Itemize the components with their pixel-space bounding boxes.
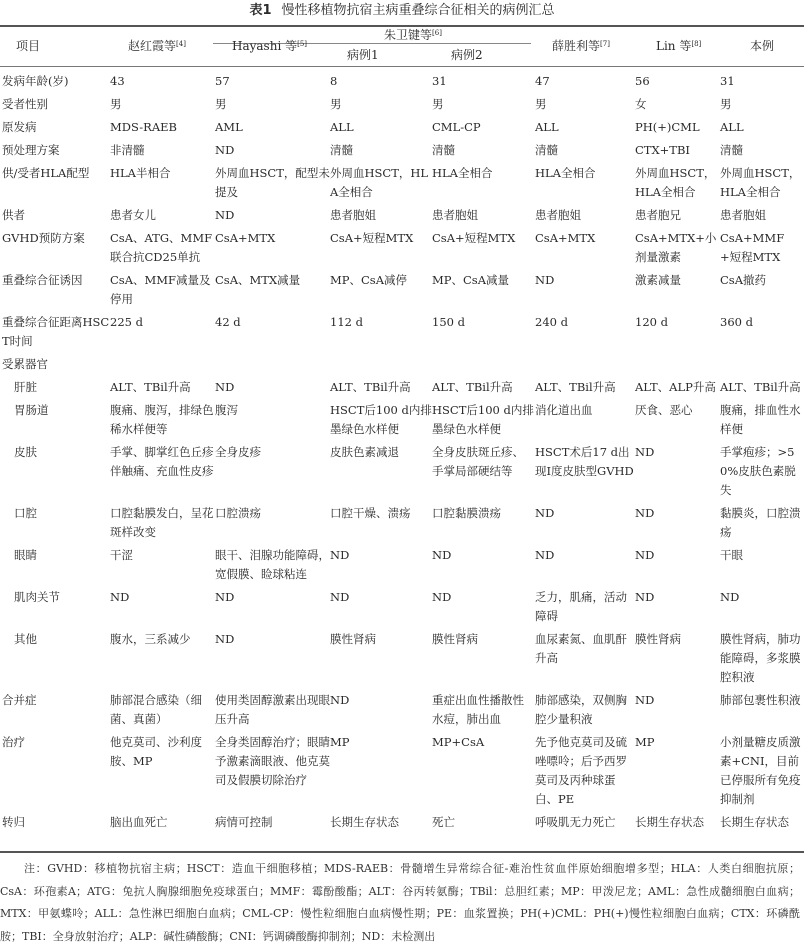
table-cell: 男 (535, 91, 635, 114)
study-name: Lin 等 (656, 39, 691, 53)
table-cell: ND (535, 500, 635, 542)
table-cell: 皮肤色素减退 (330, 439, 432, 500)
table-cell: 先予他克莫司及硫唑嘌呤；后予西罗莫司及丙种球蛋白、PE (535, 729, 635, 809)
table-cell: 56 (635, 68, 720, 91)
table-cell: 口腔溃疡 (215, 500, 330, 542)
table-cell: ND (330, 542, 432, 584)
header-study-hayashi: Hayashi 等[5] (232, 38, 307, 54)
row-label: 皮肤 (0, 439, 110, 500)
table-cell (330, 351, 432, 374)
table-cell: 360 d (720, 309, 804, 351)
table-cell: CsA撤药 (720, 267, 804, 309)
table-cell: 120 d (635, 309, 720, 351)
table-cell: 干眼 (720, 542, 804, 584)
table-cell: 清髓 (432, 137, 535, 160)
table-cell: 激素减量 (635, 267, 720, 309)
table-row: 肌肉关节NDNDNDND乏力，肌痛，活动障碍NDND (0, 584, 804, 626)
table-cell: 腹痛，排血性水样便 (720, 397, 804, 439)
table-cell: ND (635, 687, 720, 729)
table-cell: 肺部感染，双侧胸腔少量积液 (535, 687, 635, 729)
study-name: 薛胜利等 (552, 39, 600, 53)
table-cell: 31 (432, 68, 535, 91)
study-ref: [4] (176, 40, 186, 48)
table-cell: ND (215, 584, 330, 626)
row-label: 重叠综合征诱因 (0, 267, 110, 309)
table-cell: 长期生存状态 (330, 809, 432, 833)
table-row: 胃肠道腹痛、腹泻，排绿色稀水样便等腹泻HSCT后100 d内排墨绿色水样便HSC… (0, 397, 804, 439)
table-cell: ND (635, 439, 720, 500)
row-label: 发病年龄(岁) (0, 68, 110, 91)
table-cell: ALT、TBil升高 (432, 374, 535, 397)
table-cell: 脑出血死亡 (110, 809, 215, 833)
case-summary-table: 发病年龄(岁)4357831475631受者性别男男男男男女男原发病MDS-RA… (0, 68, 804, 833)
table-cell (110, 351, 215, 374)
table-cell: 43 (110, 68, 215, 91)
table-cell: ND (215, 626, 330, 687)
table-cell: 31 (720, 68, 804, 91)
row-label: 受者性别 (0, 91, 110, 114)
table-row: 其他腹水，三系减少ND膜性肾病膜性肾病血尿素氮、血肌酐升高膜性肾病膜性肾病，肺功… (0, 626, 804, 687)
row-label: 原发病 (0, 114, 110, 137)
table-cell: ALL (330, 114, 432, 137)
table-cell: 口腔黏膜发白，呈花斑样改变 (110, 500, 215, 542)
table-cell: ND (535, 267, 635, 309)
table-cell: 男 (330, 91, 432, 114)
table-cell: CsA、MTX减量 (215, 267, 330, 309)
table-cell: 肺部包裹性积液 (720, 687, 804, 729)
table-cell: ND (635, 542, 720, 584)
table-cell: CML-CP (432, 114, 535, 137)
table-cell: 肺部混合感染（细菌、真菌） (110, 687, 215, 729)
table-cell: 膜性肾病 (330, 626, 432, 687)
table-footnote: 注：GVHD：移植物抗宿主病；HSCT：造血干细胞移植；MDS-RAEB：骨髓增… (0, 858, 800, 948)
table-cell: ND (215, 374, 330, 397)
table-cell: 他克莫司、沙利度胺、MP (110, 729, 215, 809)
table-cell: CsA、MMF减量及停用 (110, 267, 215, 309)
study-ref: [6] (432, 29, 442, 37)
table-cell: ND (720, 584, 804, 626)
table-cell: CsA+短程MTX (330, 225, 432, 267)
row-label: 治疗 (0, 729, 110, 809)
table-cell: 膜性肾病，肺功能障碍，多浆膜腔积液 (720, 626, 804, 687)
table-row: 发病年龄(岁)4357831475631 (0, 68, 804, 91)
table-cell: 厌食、恶心 (635, 397, 720, 439)
study-name: 朱卫键等 (384, 28, 432, 42)
table-cell: HLA半相合 (110, 160, 215, 202)
table-cell: ALT、ALP升高 (635, 374, 720, 397)
table-cell: CsA+MTX (535, 225, 635, 267)
row-label: 眼睛 (0, 542, 110, 584)
table-body: 发病年龄(岁)4357831475631受者性别男男男男男女男原发病MDS-RA… (0, 68, 804, 833)
table-cell: 47 (535, 68, 635, 91)
table-cell: 男 (720, 91, 804, 114)
header-study-this-case: 本例 (750, 38, 774, 54)
table-cell: 225 d (110, 309, 215, 351)
table-cell: 全身类固醇治疗；眼睛予激素滴眼液、他克莫司及假膜切除治疗 (215, 729, 330, 809)
table-row: 皮肤手掌、脚掌红色丘疹伴触痛、充血性皮疹全身皮疹皮肤色素减退全身皮肤斑丘疹、手掌… (0, 439, 804, 500)
table-cell: 150 d (432, 309, 535, 351)
table-cell: CsA+MMF+短程MTX (720, 225, 804, 267)
table-cell: ND (635, 584, 720, 626)
table-cell: ND (215, 137, 330, 160)
header-sub-case2: 病例2 (451, 47, 483, 63)
table-cell: HLA全相合 (535, 160, 635, 202)
table-cell: CsA+短程MTX (432, 225, 535, 267)
table-cell: ALT、TBil升高 (720, 374, 804, 397)
table-row: 原发病MDS-RAEBAMLALLCML-CPALLPH(+)CMLALL (0, 114, 804, 137)
row-label: 肝脏 (0, 374, 110, 397)
header-item: 项目 (16, 38, 40, 54)
table-cell: 非清髓 (110, 137, 215, 160)
table-cell: ND (110, 584, 215, 626)
table-cell: 42 d (215, 309, 330, 351)
table-row: 合并症肺部混合感染（细菌、真菌）使用类固醇激素出现眼压升高ND重症出血性播散性水… (0, 687, 804, 729)
table-cell: 呼吸肌无力死亡 (535, 809, 635, 833)
table-cell: 血尿素氮、血肌酐升高 (535, 626, 635, 687)
table-cell: 使用类固醇激素出现眼压升高 (215, 687, 330, 729)
table-cell: ND (635, 500, 720, 542)
table-cell: 外周血HSCT，HLA全相合 (720, 160, 804, 202)
table-cell: 患者女儿 (110, 202, 215, 225)
table-row: 供/受者HLA配型HLA半相合外周血HSCT，配型未提及外周血HSCT，HLA全… (0, 160, 804, 202)
table-cell (635, 351, 720, 374)
table-cell: 眼干、泪腺功能障碍，宽假膜、睑球粘连 (215, 542, 330, 584)
table-cell: PH(+)CML (635, 114, 720, 137)
table-cell: CsA、ATG、MMF联合抗CD25单抗 (110, 225, 215, 267)
study-ref: [7] (600, 40, 610, 48)
table-title: 慢性移植物抗宿主病重叠综合征相关的病例汇总 (282, 3, 555, 18)
table-cell: ND (330, 687, 432, 729)
table-cell (535, 351, 635, 374)
table-row: 治疗他克莫司、沙利度胺、MP全身类固醇治疗；眼睛予激素滴眼液、他克莫司及假膜切除… (0, 729, 804, 809)
header-sub-case1: 病例1 (347, 47, 379, 63)
table-caption: 表1慢性移植物抗宿主病重叠综合征相关的病例汇总 (0, 2, 804, 20)
table-cell: 乏力，肌痛，活动障碍 (535, 584, 635, 626)
table-cell: 腹水，三系减少 (110, 626, 215, 687)
table-cell: 病情可控制 (215, 809, 330, 833)
table-cell: MDS-RAEB (110, 114, 215, 137)
table-cell: 男 (110, 91, 215, 114)
table-row: 口腔口腔黏膜发白，呈花斑样改变口腔溃疡口腔干燥、溃疡口腔黏膜溃疡NDND黏膜炎，… (0, 500, 804, 542)
table-row: 重叠综合征诱因CsA、MMF减量及停用CsA、MTX减量MP、CsA减停MP、C… (0, 267, 804, 309)
table-cell: 患者胞姐 (535, 202, 635, 225)
table-cell: 长期生存状态 (720, 809, 804, 833)
table-cell: 膜性肾病 (635, 626, 720, 687)
header-study-lin: Lin 等[8] (656, 38, 701, 54)
table-cell (432, 351, 535, 374)
table-cell: 女 (635, 91, 720, 114)
row-label: 受累器官 (0, 351, 110, 374)
table-cell: AML (215, 114, 330, 137)
header-study-xue: 薛胜利等[7] (552, 38, 610, 54)
study-name: Hayashi 等 (232, 39, 297, 53)
table-row: 转归脑出血死亡病情可控制长期生存状态死亡呼吸肌无力死亡长期生存状态长期生存状态 (0, 809, 804, 833)
table-cell: 外周血HSCT，HLA全相合 (330, 160, 432, 202)
header-study-zhu: 朱卫键等[6] (384, 27, 442, 43)
table-cell: ND (330, 584, 432, 626)
table-row: 供者患者女儿ND患者胞姐患者胞姐患者胞姐患者胞兄患者胞姐 (0, 202, 804, 225)
table-cell: 240 d (535, 309, 635, 351)
table-cell: 口腔黏膜溃疡 (432, 500, 535, 542)
table-cell: 男 (215, 91, 330, 114)
table-cell: 全身皮疹 (215, 439, 330, 500)
row-label: 供/受者HLA配型 (0, 160, 110, 202)
study-name: 赵红霞等 (128, 39, 176, 53)
table-cell: CsA+MTX+小剂量激素 (635, 225, 720, 267)
table-cell: 112 d (330, 309, 432, 351)
table-row: 重叠综合征距离HSCT时间225 d42 d112 d150 d240 d120… (0, 309, 804, 351)
table-cell: 消化道出血 (535, 397, 635, 439)
table-cell: 腹痛、腹泻，排绿色稀水样便等 (110, 397, 215, 439)
table-cell: ALT、TBil升高 (110, 374, 215, 397)
table-cell: MP、CsA减停 (330, 267, 432, 309)
table-cell: CTX+TBI (635, 137, 720, 160)
table-row: 眼睛干涩眼干、泪腺功能障碍，宽假膜、睑球粘连NDNDNDND干眼 (0, 542, 804, 584)
table-cell: ND (215, 202, 330, 225)
row-label: 供者 (0, 202, 110, 225)
table-cell: 死亡 (432, 809, 535, 833)
table-cell: 8 (330, 68, 432, 91)
table-cell: 清髓 (535, 137, 635, 160)
table-cell: HSCT术后17 d出现Ⅰ度皮肤型GVHD (535, 439, 635, 500)
table-cell (720, 351, 804, 374)
table-cell: ALT、TBil升高 (330, 374, 432, 397)
table-cell: 黏膜炎，口腔溃疡 (720, 500, 804, 542)
table-cell: 男 (432, 91, 535, 114)
table-cell: ND (432, 584, 535, 626)
table-cell: MP (635, 729, 720, 809)
table-row: 肝脏ALT、TBil升高NDALT、TBil升高ALT、TBil升高ALT、TB… (0, 374, 804, 397)
row-label: 其他 (0, 626, 110, 687)
table-cell: 腹泻 (215, 397, 330, 439)
table-row: GVHD预防方案CsA、ATG、MMF联合抗CD25单抗CsA+MTXCsA+短… (0, 225, 804, 267)
table-cell (215, 351, 330, 374)
table-row: 预处理方案非清髓ND清髓清髓清髓CTX+TBI清髓 (0, 137, 804, 160)
table-cell: ND (535, 542, 635, 584)
row-label: 肌肉关节 (0, 584, 110, 626)
header-study-zhao: 赵红霞等[4] (128, 38, 186, 54)
bottom-rule (0, 851, 804, 853)
row-label: 合并症 (0, 687, 110, 729)
table-row: 受累器官 (0, 351, 804, 374)
table-cell: 清髓 (720, 137, 804, 160)
table-cell: CsA+MTX (215, 225, 330, 267)
table-cell: 全身皮肤斑丘疹、手掌局部硬结等 (432, 439, 535, 500)
table-cell: 患者胞姐 (720, 202, 804, 225)
table-cell: 外周血HSCT，配型未提及 (215, 160, 330, 202)
table-cell: 患者胞姐 (330, 202, 432, 225)
table-cell: 患者胞兄 (635, 202, 720, 225)
table-row: 受者性别男男男男男女男 (0, 91, 804, 114)
row-label: GVHD预防方案 (0, 225, 110, 267)
row-label: 转归 (0, 809, 110, 833)
table-cell: ALL (535, 114, 635, 137)
table-cell: 口腔干燥、溃疡 (330, 500, 432, 542)
table-cell: 手掌、脚掌红色丘疹伴触痛、充血性皮疹 (110, 439, 215, 500)
row-label: 胃肠道 (0, 397, 110, 439)
table-cell: 患者胞姐 (432, 202, 535, 225)
row-label: 口腔 (0, 500, 110, 542)
table-cell: 长期生存状态 (635, 809, 720, 833)
table-cell: 手掌疱疹；>50%皮肤色素脱失 (720, 439, 804, 500)
table-cell: 清髓 (330, 137, 432, 160)
study-ref: [8] (691, 40, 701, 48)
table-cell: 重症出血性播散性水痘，肺出血 (432, 687, 535, 729)
table-cell: 干涩 (110, 542, 215, 584)
table-cell: HSCT后100 d内排墨绿色水样便 (432, 397, 535, 439)
table-number: 表1 (249, 3, 271, 18)
study-ref: [5] (297, 40, 307, 48)
row-label: 预处理方案 (0, 137, 110, 160)
table-cell: HSCT后100 d内排墨绿色水样便 (330, 397, 432, 439)
table-cell: 57 (215, 68, 330, 91)
table-cell: ALL (720, 114, 804, 137)
table-cell: MP+CsA (432, 729, 535, 809)
table-cell: ALT、TBil升高 (535, 374, 635, 397)
table-cell: MP、CsA减量 (432, 267, 535, 309)
table-cell: HLA全相合 (432, 160, 535, 202)
table-cell: MP (330, 729, 432, 809)
table-cell: 膜性肾病 (432, 626, 535, 687)
header-rule (0, 66, 804, 67)
row-label: 重叠综合征距离HSCT时间 (0, 309, 110, 351)
table-cell: 小剂量糖皮质激素+CNI，目前已停服所有免疫抑制剂 (720, 729, 804, 809)
table-cell: ND (432, 542, 535, 584)
table-cell: 外周血HSCT，HLA全相合 (635, 160, 720, 202)
